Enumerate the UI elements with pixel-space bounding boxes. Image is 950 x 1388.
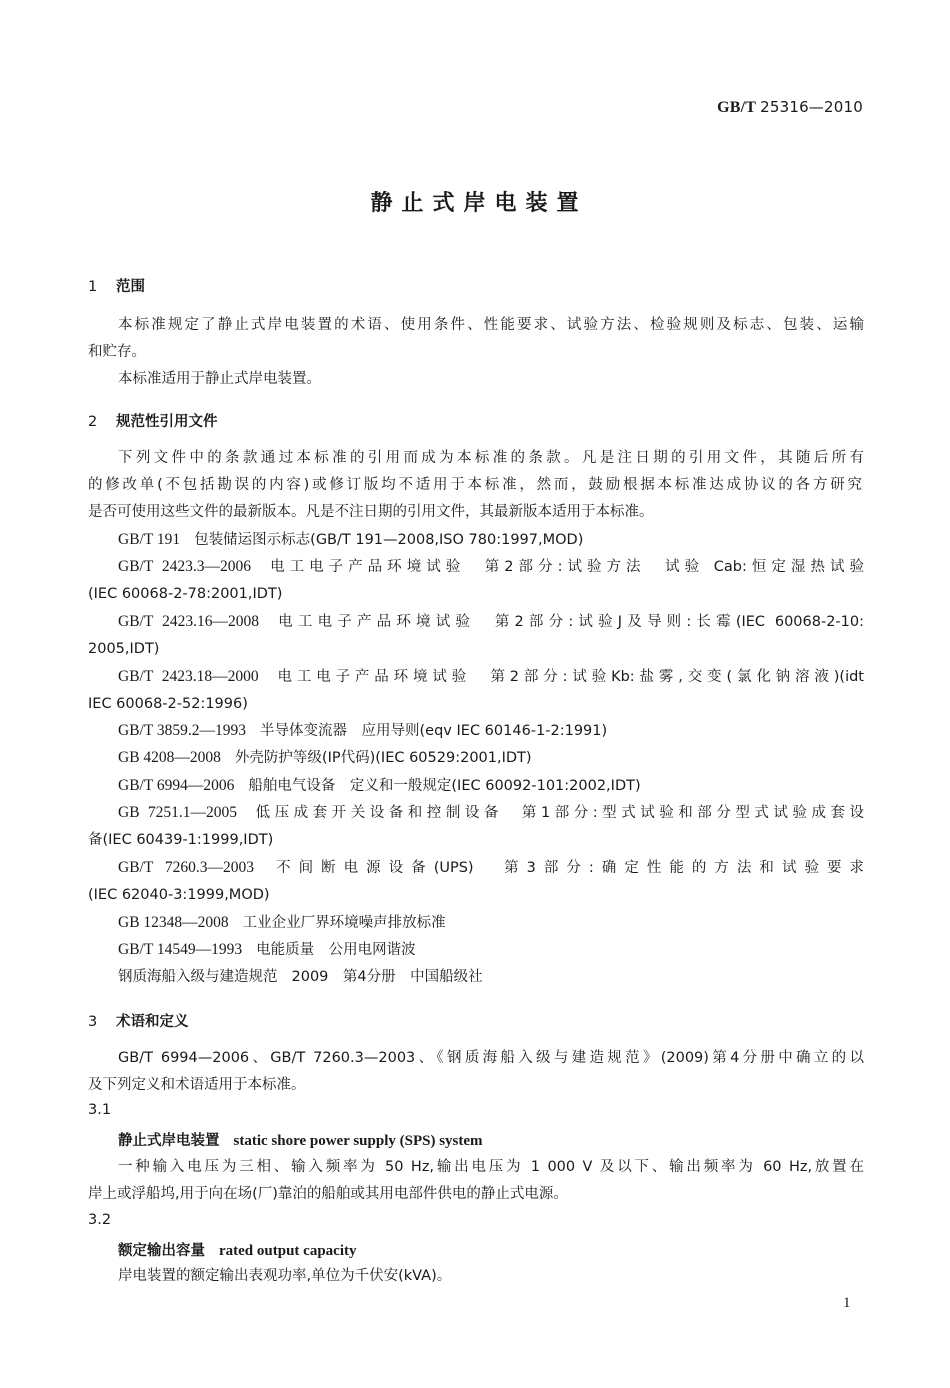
reference-title: 外壳防护等级(IP代码)(IEC 60529:2001,IDT) [235, 750, 532, 766]
reference-item: GB/T 191包装储运图示标志(GB/T 191—2008,ISO 780:1… [118, 530, 583, 550]
scope-para1-line2: 和贮存。 [88, 342, 146, 362]
page-number: 1 [843, 1295, 851, 1312]
reference-title: 船舶电气设备 定义和一般规定(IEC 60092-101:2002,IDT) [248, 778, 640, 794]
page-header: GB/T 25316—2010 [717, 98, 863, 117]
reference-item: GB/T 2423.16—2008电工电子产品环境试验 第2部分:试验J及导则:… [118, 612, 864, 632]
reference-code: GB/T 191 [118, 531, 180, 548]
reference-title: 电工电子产品环境试验 第2部分:试验J及导则:长霉(IEC 60068-2-10… [273, 614, 864, 630]
reference-item: GB 4208—2008外壳防护等级(IP代码)(IEC 60529:2001,… [118, 748, 532, 768]
section-2-heading: 2规范性引用文件 [88, 410, 218, 431]
clause-number: 3.2 [88, 1212, 111, 1228]
reference-code: GB/T 6994—2006 [118, 777, 234, 794]
section-title: 范围 [116, 279, 145, 295]
terms-intro-line2: 及下列定义和术语适用于本标准。 [88, 1075, 306, 1095]
reference-code: 钢质海船入级与建造规范 [118, 969, 278, 985]
reference-item: 钢质海船入级与建造规范2009 第4分册 中国船级社 [118, 967, 483, 987]
reference-code: GB 4208—2008 [118, 749, 221, 766]
reference-continuation: (IEC 62040-3:1999,MOD) [88, 885, 270, 905]
clause-number: 3.1 [88, 1102, 111, 1118]
reference-code: GB 7251.1—2005 [118, 804, 237, 821]
reference-title: 2009 第4分册 中国船级社 [292, 969, 483, 985]
reference-continuation: (IEC 60068-2-78:2001,IDT) [88, 584, 282, 604]
reference-code: GB/T 3859.2—1993 [118, 722, 246, 739]
reference-continuation: 2005,IDT) [88, 639, 159, 659]
section-1-heading: 1范围 [88, 275, 145, 296]
reference-title: 低压成套开关设备和控制设备 第1部分:型式试验和部分型式试验成套设 [251, 805, 864, 821]
refs-intro-line1: 下列文件中的条款通过本标准的引用而成为本标准的条款。凡是注日期的引用文件，其随后… [118, 448, 864, 468]
reference-continuation: 备(IEC 60439-1:1999,IDT) [88, 830, 273, 850]
section-3-heading: 3术语和定义 [88, 1010, 189, 1031]
reference-item: GB/T 3859.2—1993半导体变流器 应用导则(eqv IEC 6014… [118, 721, 607, 741]
term-english: rated output capacity [219, 1243, 357, 1259]
standard-prefix: GB/T [717, 99, 756, 116]
terms-intro-line1: GB/T 6994—2006、GB/T 7260.3—2003、《钢质海船入级与… [118, 1048, 864, 1068]
reference-title: 半导体变流器 应用导则(eqv IEC 60146-1-2:1991) [260, 723, 607, 739]
reference-title: 工业企业厂界环境噪声排放标准 [243, 915, 446, 931]
reference-item: GB/T 2423.3—2006电工电子产品环境试验 第2部分:试验方法 试验 … [118, 557, 864, 577]
reference-code: GB/T 14549—1993 [118, 941, 242, 958]
reference-title: 电工电子产品环境试验 第2部分:试验方法 试验 Cab:恒定湿热试验 [265, 559, 864, 575]
refs-intro-line3: 是否可使用这些文件的最新版本。凡是不注日期的引用文件，其最新版本适用于本标准。 [88, 502, 654, 522]
term-heading: 额定输出容量rated output capacity [118, 1239, 357, 1260]
reference-item: GB/T 14549—1993电能质量 公用电网谐波 [118, 940, 416, 960]
reference-title: 电工电子产品环境试验 第2部分:试验Kb:盐雾,交变(氯化钠溶液)(idt [273, 669, 864, 685]
term-definition-line1: 一种输入电压为三相、输入频率为 50 Hz,输出电压为 1 000 V 及以下、… [118, 1157, 864, 1177]
reference-code: GB/T 2423.16—2008 [118, 613, 259, 630]
scope-para1-line1: 本标准规定了静止式岸电装置的术语、使用条件、性能要求、试验方法、检验规则及标志、… [118, 315, 864, 335]
standard-number: 25316—2010 [760, 98, 863, 116]
section-number: 3 [88, 1014, 116, 1030]
reference-item: GB/T 2423.18—2000电工电子产品环境试验 第2部分:试验Kb:盐雾… [118, 667, 864, 687]
term-definition-line1: 岸电装置的额定输出表观功率,单位为千伏安(kVA)。 [118, 1266, 451, 1286]
section-title: 规范性引用文件 [116, 414, 218, 430]
reference-title: 不间断电源设备(UPS) 第3部分:确定性能的方法和试验要求 [268, 860, 864, 876]
reference-title: 电能质量 公用电网谐波 [256, 942, 416, 958]
section-number: 2 [88, 414, 116, 430]
reference-item: GB/T 6994—2006船舶电气设备 定义和一般规定(IEC 60092-1… [118, 776, 641, 796]
refs-intro-line2: 的修改单(不包括勘误的内容)或修订版均不适用于本标准，然而，鼓励根据本标准达成协… [88, 475, 862, 495]
reference-item: GB/T 7260.3—2003不间断电源设备(UPS) 第3部分:确定性能的方… [118, 858, 864, 878]
reference-code: GB/T 7260.3—2003 [118, 859, 254, 876]
reference-code: GB 12348—2008 [118, 914, 229, 931]
reference-code: GB/T 2423.3—2006 [118, 558, 251, 575]
term-chinese: 额定输出容量 [118, 1243, 205, 1259]
section-number: 1 [88, 279, 116, 295]
reference-code: GB/T 2423.18—2000 [118, 668, 259, 685]
section-title: 术语和定义 [116, 1014, 189, 1030]
reference-title: 包装储运图示标志(GB/T 191—2008,ISO 780:1997,MOD) [194, 532, 583, 548]
term-chinese: 静止式岸电装置 [118, 1133, 220, 1149]
document-title: 静止式岸电装置 [0, 186, 950, 217]
term-english: static shore power supply (SPS) system [234, 1133, 483, 1149]
reference-item: GB 12348—2008工业企业厂界环境噪声排放标准 [118, 913, 446, 933]
reference-item: GB 7251.1—2005低压成套开关设备和控制设备 第1部分:型式试验和部分… [118, 803, 864, 823]
term-heading: 静止式岸电装置static shore power supply (SPS) s… [118, 1129, 483, 1150]
scope-para2: 本标准适用于静止式岸电装置。 [118, 369, 321, 389]
reference-continuation: IEC 60068-2-52:1996) [88, 694, 248, 714]
term-definition-line2: 岸上或浮船坞,用于向在场(厂)靠泊的船舶或其用电部件供电的静止式电源。 [88, 1184, 568, 1204]
